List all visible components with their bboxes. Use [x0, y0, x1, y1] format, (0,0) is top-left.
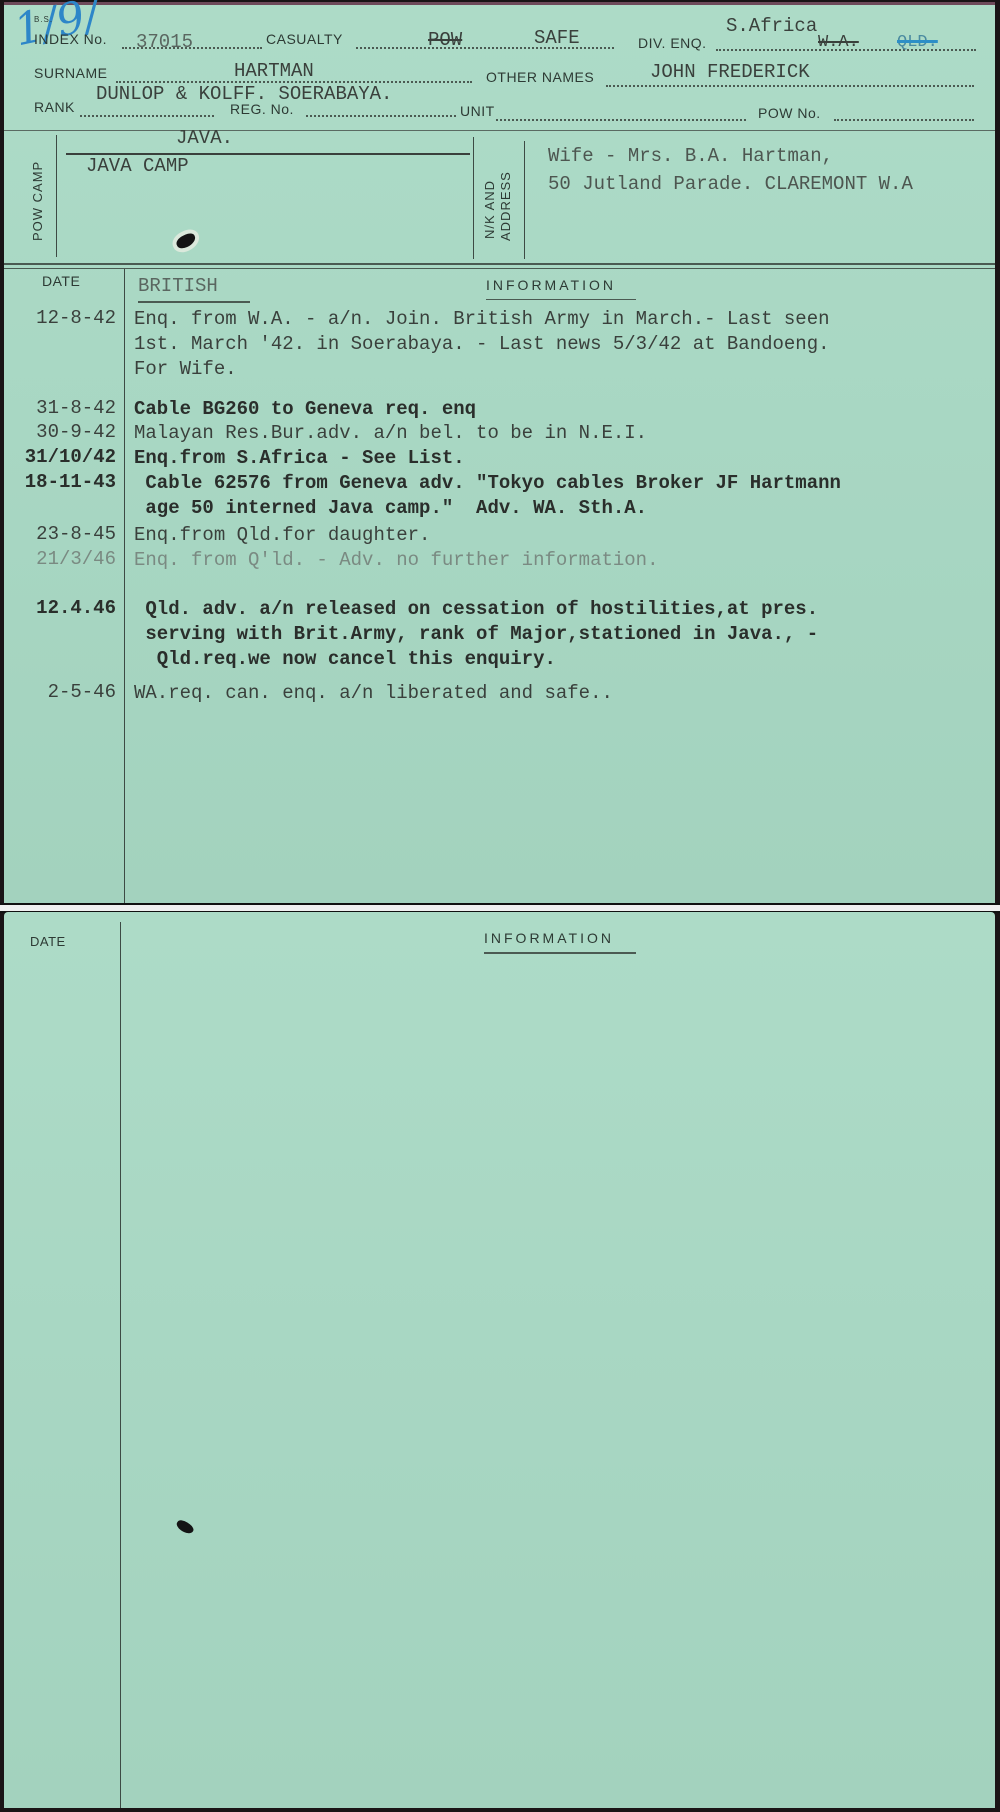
- entry-date: 12-8-42: [4, 307, 116, 329]
- pow-camp-label: POW CAMP: [30, 161, 45, 241]
- entry-date: 31-8-42: [4, 397, 116, 419]
- entry-date: 2-5-46: [4, 681, 116, 703]
- pow-no-label: POW No.: [758, 105, 821, 121]
- date-column-label-back: DATE: [30, 934, 66, 949]
- pow-camp-struck-value: JAVA.: [176, 127, 233, 149]
- pow-camp-value: JAVA CAMP: [86, 155, 189, 177]
- casualty-label: CASUALTY: [266, 31, 343, 47]
- section-heading: BRITISH: [138, 275, 218, 297]
- surname-value: HARTMAN: [234, 60, 314, 82]
- address-label: ADDRESS: [498, 171, 513, 241]
- ink-speck: [175, 1518, 195, 1537]
- nk-address-line-2: 50 Jutland Parade. CLAREMONT W.A: [548, 173, 913, 195]
- information-column-label: INFORMATION: [486, 277, 616, 293]
- entry-text: Cable 62576 from Geneva adv. "Tokyo cabl…: [134, 471, 841, 521]
- entry-text: Enq. from Q'ld. - Adv. no further inform…: [134, 548, 659, 573]
- entry-date: 31/10/42: [4, 446, 116, 468]
- casualty-struck-value: POW: [428, 29, 462, 51]
- entry-text: Qld. adv. a/n released on cessation of h…: [134, 597, 818, 672]
- entry-date: 21/3/46: [4, 548, 116, 570]
- unit-label: UNIT: [460, 103, 495, 119]
- handwritten-annotation: 1/9/: [10, 0, 104, 56]
- entry-text: WA.req. can. enq. a/n liberated and safe…: [134, 681, 613, 706]
- div-enq-label: DIV. ENQ.: [638, 35, 707, 51]
- index-no-label: INDEX No.: [34, 31, 107, 47]
- div-enq-struck-1: W.A.: [818, 33, 859, 52]
- record-card-back: DATE INFORMATION: [4, 912, 995, 1808]
- other-names-value: JOHN FREDERICK: [650, 61, 810, 83]
- entry-text: Enq. from W.A. - a/n. Join. British Army…: [134, 307, 830, 382]
- ink-blot: [174, 231, 197, 250]
- record-card-front: 1/9/ B.S. INDEX No. 37015 CASUALTY POW S…: [4, 2, 995, 905]
- entry-date: 23-8-45: [4, 523, 116, 545]
- other-names-label: OTHER NAMES: [486, 69, 594, 85]
- entry-date: 18-11-43: [4, 471, 116, 493]
- entry-date: 12.4.46: [4, 597, 116, 619]
- reg-no-label: REG. No.: [230, 101, 294, 117]
- entry-date: 30-9-42: [4, 421, 116, 443]
- entry-text: Cable BG260 to Geneva req. enq: [134, 397, 476, 422]
- entry-text: Malayan Res.Bur.adv. a/n bel. to be in N…: [134, 421, 647, 446]
- div-enq-value: S.Africa: [726, 15, 817, 37]
- rank-label: RANK: [34, 99, 75, 115]
- nk-address-line-1: Wife - Mrs. B.A. Hartman,: [548, 145, 833, 167]
- information-column-label-back: INFORMATION: [484, 930, 614, 946]
- office-code: B.S.: [34, 15, 53, 24]
- surname-label: SURNAME: [34, 65, 108, 81]
- casualty-value: SAFE: [534, 27, 580, 49]
- entry-text: Enq.from Qld.for daughter.: [134, 523, 430, 548]
- date-column-label: DATE: [42, 273, 80, 289]
- index-no-value: 37015: [136, 31, 193, 53]
- entry-text: Enq.from S.Africa - See List.: [134, 446, 465, 471]
- nk-and-label: N/K AND: [482, 180, 497, 239]
- div-enq-struck-2: QLD.: [897, 33, 938, 52]
